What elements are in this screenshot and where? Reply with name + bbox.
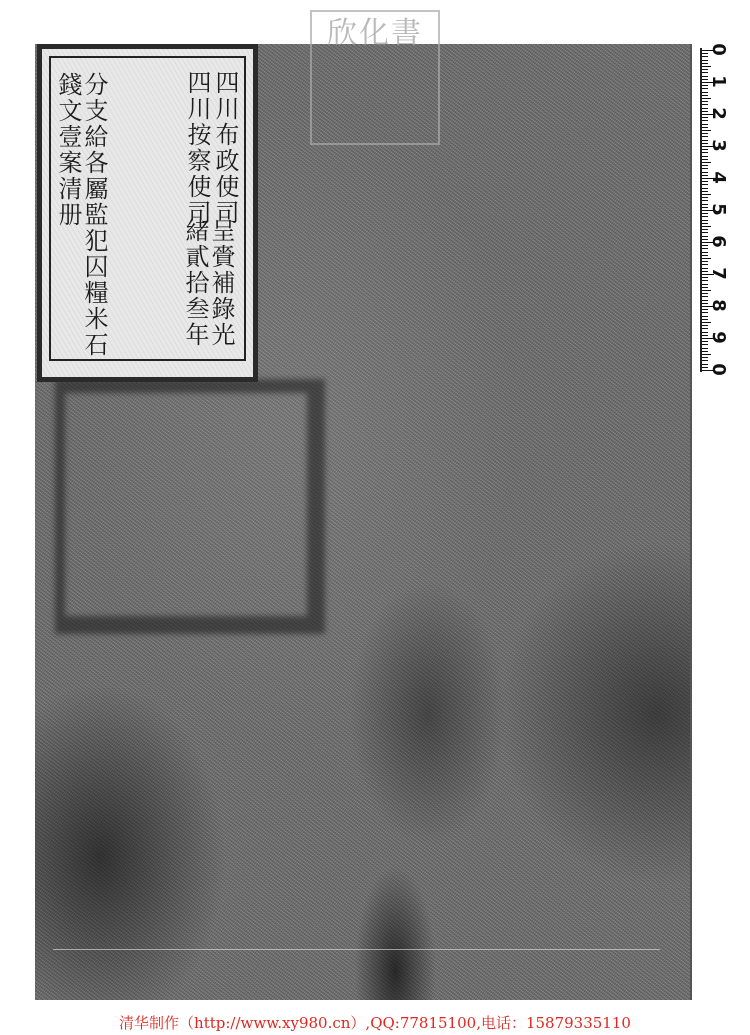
ruler-tick xyxy=(702,290,711,291)
ruler-tick xyxy=(702,88,708,89)
ruler-label: 7 xyxy=(708,267,729,280)
ruler-tick xyxy=(702,127,708,128)
ruler-tick xyxy=(702,258,711,259)
ruler-tick xyxy=(702,232,708,233)
ruler-tick xyxy=(702,220,708,221)
measuring-ruler: 01234567890 xyxy=(700,48,728,372)
ruler-tick xyxy=(702,56,708,57)
ruler-tick xyxy=(702,130,711,131)
ruler-tick xyxy=(702,101,708,102)
ruler-label: 3 xyxy=(708,139,729,152)
ruler-tick xyxy=(702,226,711,227)
title-label: 四川布政使司 四川按察使司 呈賫補錄光緒貳拾叁年 分支給各屬監犯囚糧米石錢文壹案… xyxy=(37,44,258,382)
ruler-tick xyxy=(702,197,708,198)
ruler-tick xyxy=(702,360,708,361)
ruler-tick xyxy=(702,354,711,355)
ruler-tick xyxy=(702,248,708,249)
ruler-tick xyxy=(702,351,708,352)
ruler-tick xyxy=(702,104,708,105)
cover-border-line xyxy=(53,949,660,950)
ruler-tick xyxy=(702,284,708,285)
ruler-tick xyxy=(702,98,711,99)
ruler-tick xyxy=(702,194,711,195)
ruler-tick xyxy=(702,162,711,163)
title-label-frame: 四川布政使司 四川按察使司 呈賫補錄光緒貳拾叁年 分支給各屬監犯囚糧米石錢文壹案… xyxy=(49,56,246,361)
office-name-2: 四川按察使司 xyxy=(184,70,210,226)
ruler-label: 2 xyxy=(708,107,729,120)
ruler-tick xyxy=(702,280,708,281)
ruler-tick xyxy=(702,348,708,349)
ruler-tick xyxy=(702,357,708,358)
square-stain xyxy=(55,379,325,634)
ruler-tick xyxy=(702,188,708,189)
ruler-label: 5 xyxy=(708,203,729,216)
ruler-tick xyxy=(702,229,708,230)
ruler-tick xyxy=(702,325,708,326)
ruler-tick xyxy=(702,216,708,217)
ruler-tick xyxy=(702,261,708,262)
ruler-tick xyxy=(702,136,708,137)
seal-stamp: 欣化書 xyxy=(310,10,440,145)
ruler-tick xyxy=(702,319,708,320)
submission-line: 呈賫補錄光緒貳拾叁年 xyxy=(182,218,234,359)
ruler-label: 9 xyxy=(708,331,729,344)
ruler-tick xyxy=(702,223,708,224)
ruler-tick xyxy=(702,133,708,134)
office-name-1: 四川布政使司 xyxy=(212,70,238,226)
ruler-tick xyxy=(702,168,708,169)
ruler-label: 4 xyxy=(708,171,729,184)
ruler-label: 0 xyxy=(708,43,729,56)
ruler-tick xyxy=(702,156,708,157)
ruler-tick xyxy=(702,60,708,61)
ruler-tick xyxy=(702,152,708,153)
ruler-tick xyxy=(702,328,708,329)
ruler-label: 6 xyxy=(708,235,729,248)
ruler-tick xyxy=(702,159,708,160)
ruler-tick xyxy=(702,69,708,70)
ruler-tick xyxy=(702,344,708,345)
ruler-tick xyxy=(702,322,711,323)
ruler-tick xyxy=(702,191,708,192)
ruler-tick xyxy=(702,72,708,73)
book-cover: 四川布政使司 四川按察使司 呈賫補錄光緒貳拾叁年 分支給各屬監犯囚糧米石錢文壹案… xyxy=(35,44,692,1000)
ruler-tick xyxy=(702,124,708,125)
ruler-label: 1 xyxy=(708,75,729,88)
ruler-tick xyxy=(702,252,708,253)
ruler-tick xyxy=(702,165,708,166)
register-title: 分支給各屬監犯囚糧米石錢文壹案清册 xyxy=(55,72,107,359)
ruler-tick xyxy=(702,316,708,317)
ruler-tick xyxy=(702,63,708,64)
ruler-tick xyxy=(702,287,708,288)
ruler-tick xyxy=(702,120,708,121)
ruler-tick xyxy=(702,255,708,256)
ruler-tick xyxy=(702,293,708,294)
ruler-tick xyxy=(702,184,708,185)
ruler-tick xyxy=(702,264,708,265)
ruler-label: 0 xyxy=(708,363,729,376)
ruler-tick xyxy=(702,95,708,96)
ruler-tick xyxy=(702,312,708,313)
ruler-tick xyxy=(702,296,708,297)
watermark-caption: 清华制作（http://www.xy980.cn）,QQ:77815100,电话… xyxy=(0,1012,750,1033)
ruler-label: 8 xyxy=(708,299,729,312)
ruler-tick xyxy=(702,200,708,201)
ruler-tick xyxy=(702,92,708,93)
ruler-tick xyxy=(702,66,711,67)
